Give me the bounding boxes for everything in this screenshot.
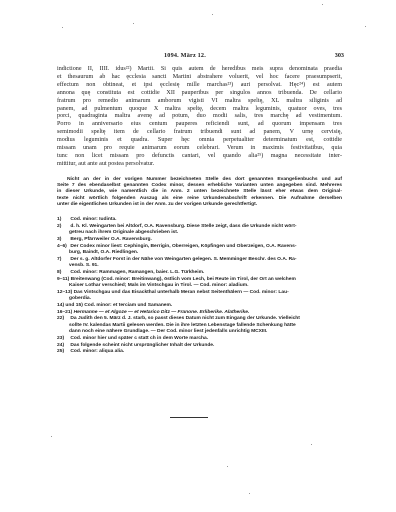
footnote-25: 25) Cod. minor: aliqua alia.: [57, 349, 342, 356]
footnote-14-15: 14) und 15) Cod. minor: et terciam und S…: [57, 303, 342, 310]
scan-speck: [51, 436, 52, 437]
footnote-23: 23) Cod. minor hier und später c statt c…: [57, 336, 342, 343]
header-date: 1094. März 12.: [164, 52, 206, 59]
footnote-4-6: 4–6) Der Codex minor liest: Cephingin, B…: [57, 244, 342, 257]
footnote-9-11: 9–11) Breitenwang (Cod. minor: Breitinwa…: [57, 277, 342, 290]
document-page: 1094. März 12. 303 indictione II, IIII. …: [57, 52, 342, 356]
text-line: tunc non licet missam pro defunctis cant…: [57, 153, 342, 161]
footnote-22: 22) Da Judith den 5. März d. J. starb, s…: [57, 316, 342, 336]
text-line: et thesaurum ab hac ęcclesia sancti Mart…: [57, 74, 342, 82]
scan-speck: [212, 14, 213, 15]
text-line: panem, ad pulmentum quoque X maltra spel…: [57, 106, 342, 114]
footnote-12-13: 12–13) Das Vintschgau und das Eisackthal…: [57, 290, 342, 303]
scan-speck: [62, 27, 63, 28]
scan-speck: [227, 466, 228, 467]
text-line: modius leguminis et quadra. Super hęc om…: [57, 137, 342, 145]
text-line: effectum non obtineat, et ipsi ęcclesię …: [57, 82, 342, 90]
note-line: unter die eigentlichen Urkunden ist in d…: [57, 202, 342, 208]
scan-speck: [133, 23, 134, 24]
text-line: semimodii speltę item de cellario fratru…: [57, 129, 342, 137]
text-line: mittitur, aut ante aut postea persolvatu…: [57, 161, 342, 169]
footnote-3: 3) Berg, Pfärrweiler O.A. Ravensburg.: [57, 237, 342, 244]
text-line: annona quę constituta est cottidie XII p…: [57, 90, 342, 98]
scan-speck: [311, 444, 312, 445]
editorial-note: Nicht an der in der vorigen Nummer bezei…: [57, 177, 342, 208]
note-line: in dieser Urkunde, wie namentlich die in…: [57, 189, 342, 195]
text-line: indictione II, IIII. idus²²) Martii. Si …: [57, 66, 342, 74]
footnote-7: 7) Der s. g. Altdorfer Forst in der Nähe…: [57, 257, 342, 270]
footnote-2: 2) d. h. Kl. Weingarten bei Altdorf, O.A…: [57, 224, 342, 237]
footnote-8: 8) Cod. minor: Rammagen, Ramangen, baier…: [57, 270, 342, 277]
scan-speck: [322, 4, 323, 5]
scan-speck: [249, 493, 250, 494]
charter-text: indictione II, IIII. idus²²) Martii. Si …: [57, 66, 342, 169]
text-line: fratrum pro remedio animarum amborum vig…: [57, 98, 342, 106]
scan-speck: [365, 26, 366, 27]
text-line: missam unam pro requie animarum eorum ce…: [57, 145, 342, 153]
end-rule: [170, 417, 208, 418]
page-header: 1094. März 12. 303: [57, 52, 342, 63]
footnote-1: 1) Cod. minor: Iudinta.: [57, 217, 342, 224]
page-number: 303: [335, 52, 344, 59]
footnotes: 1) Cod. minor: Iudinta. 2) d. h. Kl. Wei…: [57, 217, 342, 355]
